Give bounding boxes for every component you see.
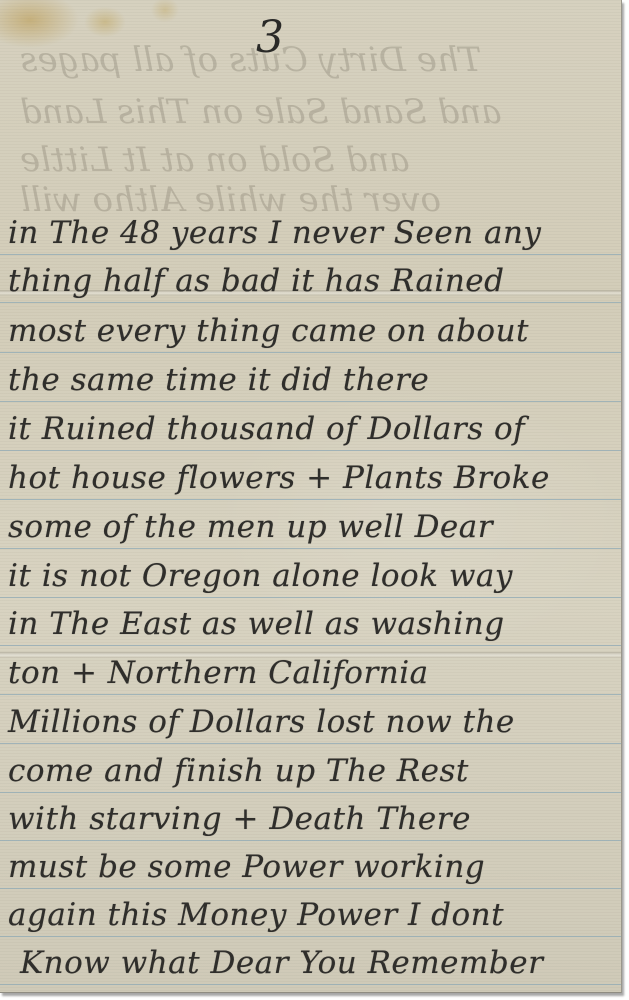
page-number: 3 <box>256 12 284 63</box>
letter-page: The Dirty Cuts of all pages and Sand Sal… <box>0 0 622 993</box>
ruled-line <box>0 499 621 500</box>
handwritten-line: it Ruined thousand of Dollars of <box>8 411 525 447</box>
handwritten-line: the same time it did there <box>8 362 429 398</box>
ruled-line <box>0 548 621 549</box>
show-through-text: and Sold on at It Little <box>0 140 621 180</box>
ruled-line <box>0 792 621 793</box>
show-through-text: The Dirty Cuts of all pages <box>0 40 621 80</box>
handwritten-line: in The East as well as washing <box>8 606 505 642</box>
handwritten-line: it is not Oregon alone look way <box>8 558 513 594</box>
ruled-line <box>0 352 621 353</box>
ruled-line <box>0 450 621 451</box>
handwritten-line: Millions of Dollars lost now the <box>8 704 515 740</box>
ruled-line <box>0 254 621 255</box>
ruled-line <box>0 645 621 646</box>
ruled-line <box>0 302 621 303</box>
ruled-line <box>0 597 621 598</box>
ruled-line <box>0 984 621 985</box>
show-through-text: over the while Altho will <box>0 180 621 220</box>
handwritten-line: again this Money Power I dont <box>8 897 504 933</box>
handwritten-line: thing half as bad it has Rained <box>8 263 505 299</box>
handwritten-line: in The 48 years I never Seen any <box>8 215 541 251</box>
handwritten-line: must be some Power working <box>8 849 485 885</box>
ruled-line <box>0 694 621 695</box>
handwritten-line: ton + Northern California <box>8 655 429 691</box>
ruled-line <box>0 840 621 841</box>
handwritten-line: some of the men up well Dear <box>8 509 493 545</box>
ruled-line <box>0 743 621 744</box>
handwritten-line: come and finish up The Rest <box>8 753 469 789</box>
handwritten-line: hot house flowers + Plants Broke <box>8 460 550 496</box>
handwritten-line: with starving + Death There <box>8 801 471 837</box>
ruled-line <box>0 936 621 937</box>
handwritten-line: most every thing came on about <box>8 313 529 349</box>
show-through-text: and Sand Sale on This Land <box>0 92 621 132</box>
ruled-line <box>0 888 621 889</box>
handwritten-line: Know what Dear You Remember <box>20 945 543 981</box>
ruled-line <box>0 401 621 402</box>
